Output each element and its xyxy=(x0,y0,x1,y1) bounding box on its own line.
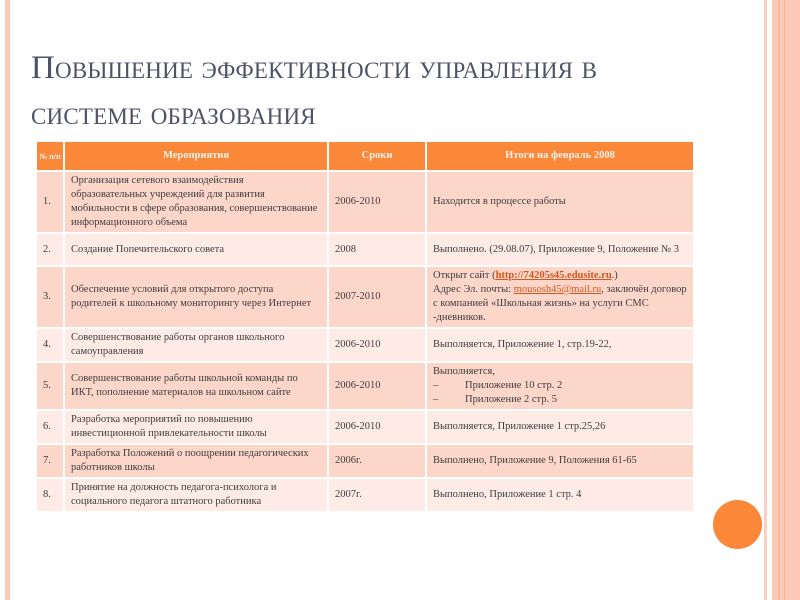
row-result: Открыт сайт (http://74205s45.edusite.ru.… xyxy=(426,266,694,328)
result-item-text: Приложение 2 стр. 5 xyxy=(465,394,557,405)
right-stripe-thin xyxy=(764,0,767,600)
school-site-link[interactable]: http://74205s45.edusite.ru xyxy=(496,270,612,281)
row-number: 6. xyxy=(36,410,64,444)
row-period: 2006-2010 xyxy=(328,171,426,233)
row-result: Выполняется, Приложение 1 стр.25,26 xyxy=(426,410,694,444)
row-result: Выполняется,–Приложение 10 стр. 2–Прилож… xyxy=(426,362,694,410)
row-activity: Разработка Положений о поощрении педагог… xyxy=(64,444,328,478)
table-row: 3. Обеспечение условий для открытого дос… xyxy=(36,266,694,328)
row-number: 7. xyxy=(36,444,64,478)
result-list-item: –Приложение 2 стр. 5 xyxy=(433,393,687,407)
row-period: 2008 xyxy=(328,233,426,266)
result-text-mid: .) xyxy=(612,270,618,281)
row-period: 2007г. xyxy=(328,478,426,512)
row-period: 2006-2010 xyxy=(328,362,426,410)
table-header-row: № п/п Мероприятия Сроки Итоги на февраль… xyxy=(36,141,694,171)
row-activity: Принятие на должность педагога-психолога… xyxy=(64,478,328,512)
row-activity: Обеспечение условий для открытого доступ… xyxy=(64,266,328,328)
header-number: № п/п xyxy=(36,141,64,171)
dash-bullet-icon: – xyxy=(433,393,465,407)
header-results: Итоги на февраль 2008 xyxy=(426,141,694,171)
row-result: Выполнено. (29.08.07), Приложение 9, Пол… xyxy=(426,233,694,266)
decorative-orange-circle xyxy=(713,500,762,549)
right-decorative-band xyxy=(764,0,800,600)
table-row: 4. Совершенствование работы органов школ… xyxy=(36,328,694,362)
left-decorative-stripe xyxy=(5,0,10,600)
row-result: Выполнено, Приложение 1 стр. 4 xyxy=(426,478,694,512)
row-period: 2006-2010 xyxy=(328,328,426,362)
row-period: 2006-2010 xyxy=(328,410,426,444)
result-head: Выполняется, xyxy=(433,365,687,379)
row-result: Выполняется, Приложение 1, стр.19-22, xyxy=(426,328,694,362)
right-stripe-wide xyxy=(772,0,800,600)
row-period: 2006г. xyxy=(328,444,426,478)
table-row: 7. Разработка Положений о поощрении педа… xyxy=(36,444,694,478)
table-row: 6. Разработка мероприятий по повышению и… xyxy=(36,410,694,444)
email-link[interactable]: mousosh45@mail.ru xyxy=(514,284,602,295)
table-row: 1. Организация сетевого взаимодействия о… xyxy=(36,171,694,233)
row-activity: Организация сетевого взаимодействия обра… xyxy=(64,171,328,233)
row-number: 3. xyxy=(36,266,64,328)
right-stripe-accent xyxy=(778,0,780,600)
row-number: 8. xyxy=(36,478,64,512)
email-label: Адрес Эл. почты: xyxy=(433,284,514,295)
row-result: Находится в процессе работы xyxy=(426,171,694,233)
result-text-prefix: Открыт сайт ( xyxy=(433,270,496,281)
result-item-text: Приложение 10 стр. 2 xyxy=(465,380,562,391)
header-period: Сроки xyxy=(328,141,426,171)
header-activities: Мероприятия xyxy=(64,141,328,171)
row-activity: Совершенствование работы школьной команд… xyxy=(64,362,328,410)
row-number: 2. xyxy=(36,233,64,266)
action-plan-table: № п/п Мероприятия Сроки Итоги на февраль… xyxy=(35,140,695,513)
table-row: 8. Принятие на должность педагога-психол… xyxy=(36,478,694,512)
row-number: 4. xyxy=(36,328,64,362)
row-activity: Разработка мероприятий по повышению инве… xyxy=(64,410,328,444)
dash-bullet-icon: – xyxy=(433,379,465,393)
row-number: 1. xyxy=(36,171,64,233)
row-activity: Совершенствование работы органов школьно… xyxy=(64,328,328,362)
table-row: 5. Совершенствование работы школьной ком… xyxy=(36,362,694,410)
row-number: 5. xyxy=(36,362,64,410)
table-row: 2. Создание Попечительского совета 2008 … xyxy=(36,233,694,266)
slide-title: Повышение эффективности управления в сис… xyxy=(31,45,671,137)
row-activity: Создание Попечительского совета xyxy=(64,233,328,266)
row-result: Выполнено, Приложение 9, Положения 61-65 xyxy=(426,444,694,478)
row-period: 2007-2010 xyxy=(328,266,426,328)
right-stripe-line xyxy=(784,0,785,600)
result-list-item: –Приложение 10 стр. 2 xyxy=(433,379,687,393)
